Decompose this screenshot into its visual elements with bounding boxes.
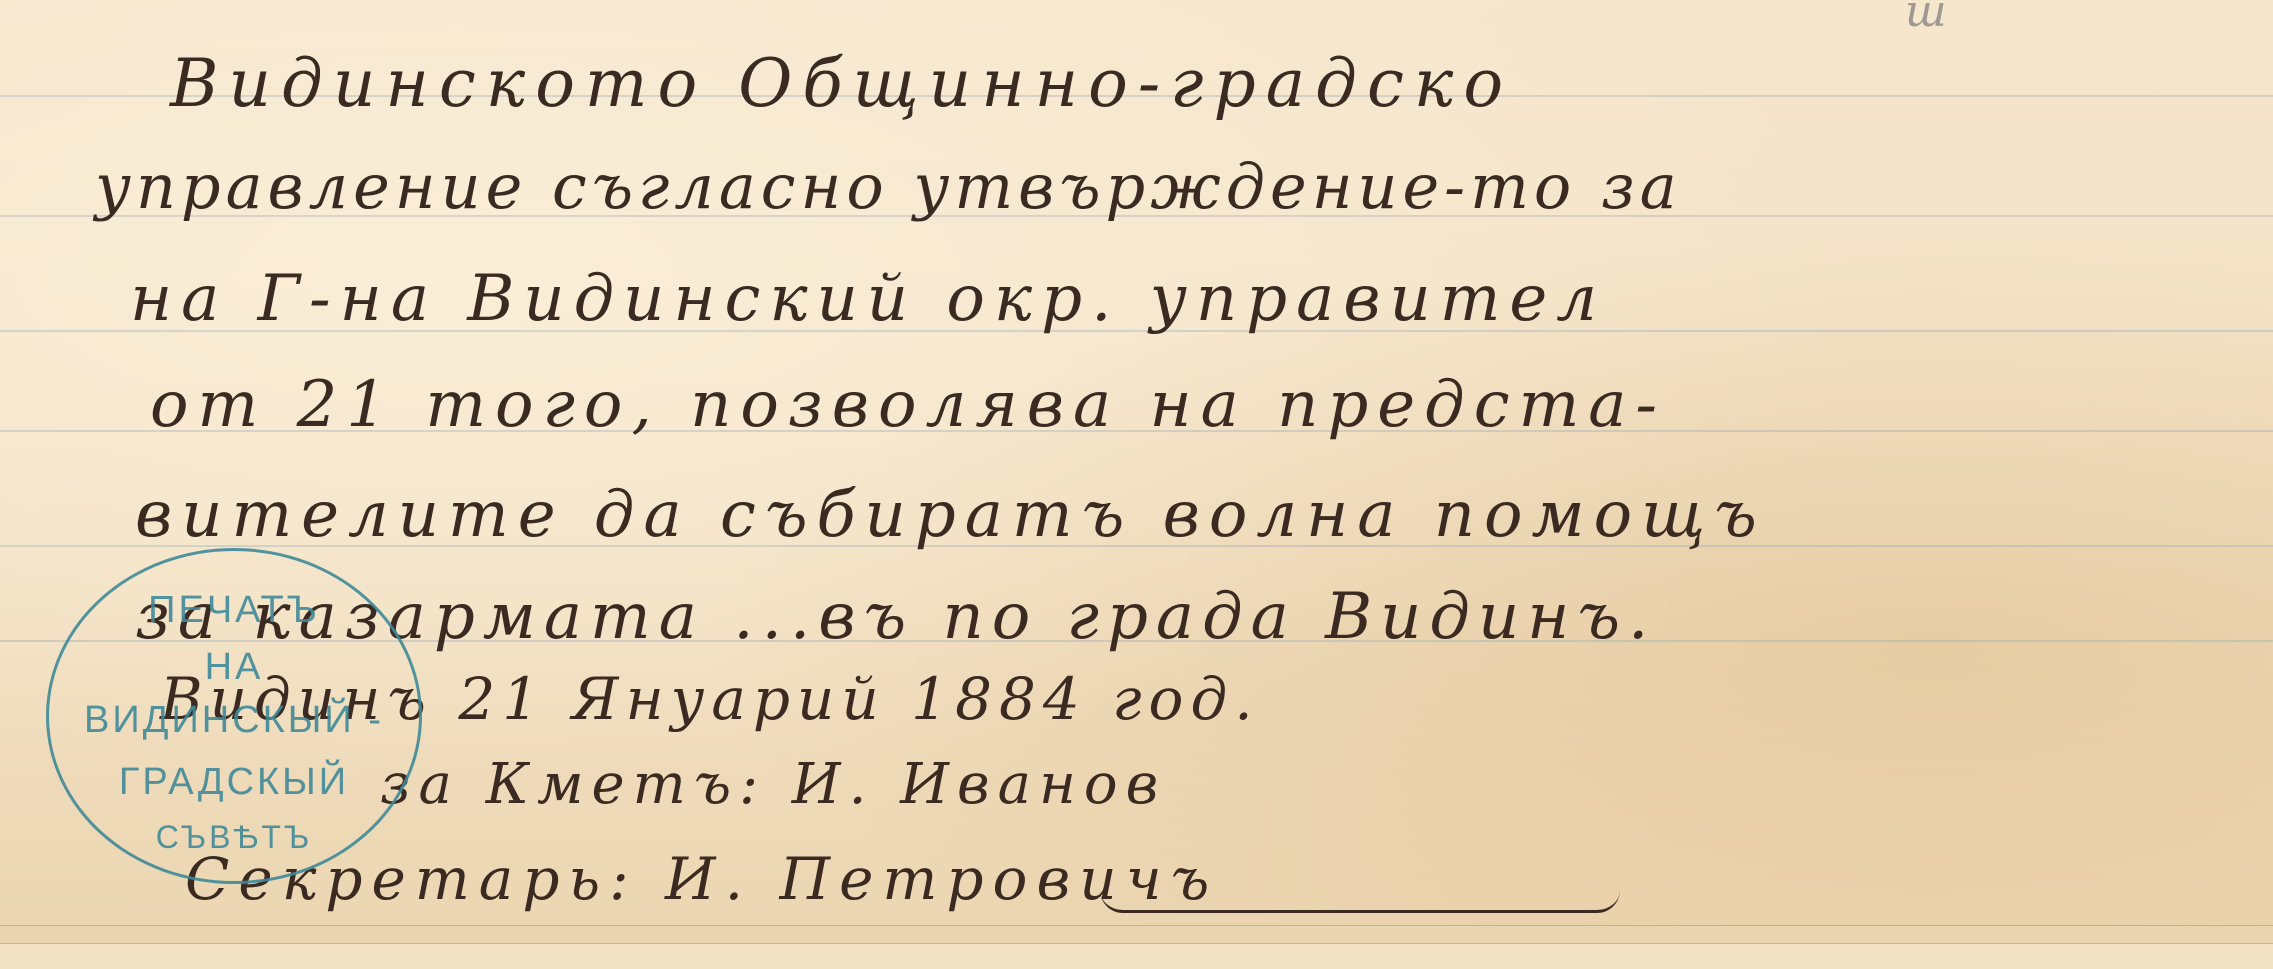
handwritten-line-2: управление съгласно утвърждение-то за: [95, 150, 1682, 223]
handwritten-line-3: на Г-на Видинский окр. управител: [130, 262, 1606, 336]
stamp-line-4: ГРАДСКЫЙ: [49, 761, 419, 804]
stamp-line-2: НА: [49, 646, 419, 689]
official-stamp: ПЕЧАТЪ НА ВИДИНСКЫЙ - ГРАДСКЫЙ СЪВѢТЪ: [46, 548, 422, 884]
document-page: ш Видинското Общинно-градско управление …: [0, 0, 2273, 925]
handwritten-line-4: от 21 того, позволява на предста-: [150, 368, 1666, 442]
handwritten-line-5: вителите да събиратъ волна помощъ: [135, 478, 1766, 552]
underlying-page: [0, 943, 2273, 969]
signature-flourish: [1100, 890, 1620, 913]
stamp-line-5: СЪВѢТЪ: [49, 819, 419, 856]
stamp-line-3: ВИДИНСКЫЙ -: [49, 699, 419, 742]
handwritten-line-1: Видинското Общинно-градско: [170, 45, 1513, 122]
stamp-line-1: ПЕЧАТЪ: [49, 589, 419, 632]
page-edge: [0, 925, 2273, 944]
mayor-signature-line: за Кметъ: И. Иванов: [380, 752, 1166, 817]
page-marker: ш: [1905, 0, 1947, 37]
